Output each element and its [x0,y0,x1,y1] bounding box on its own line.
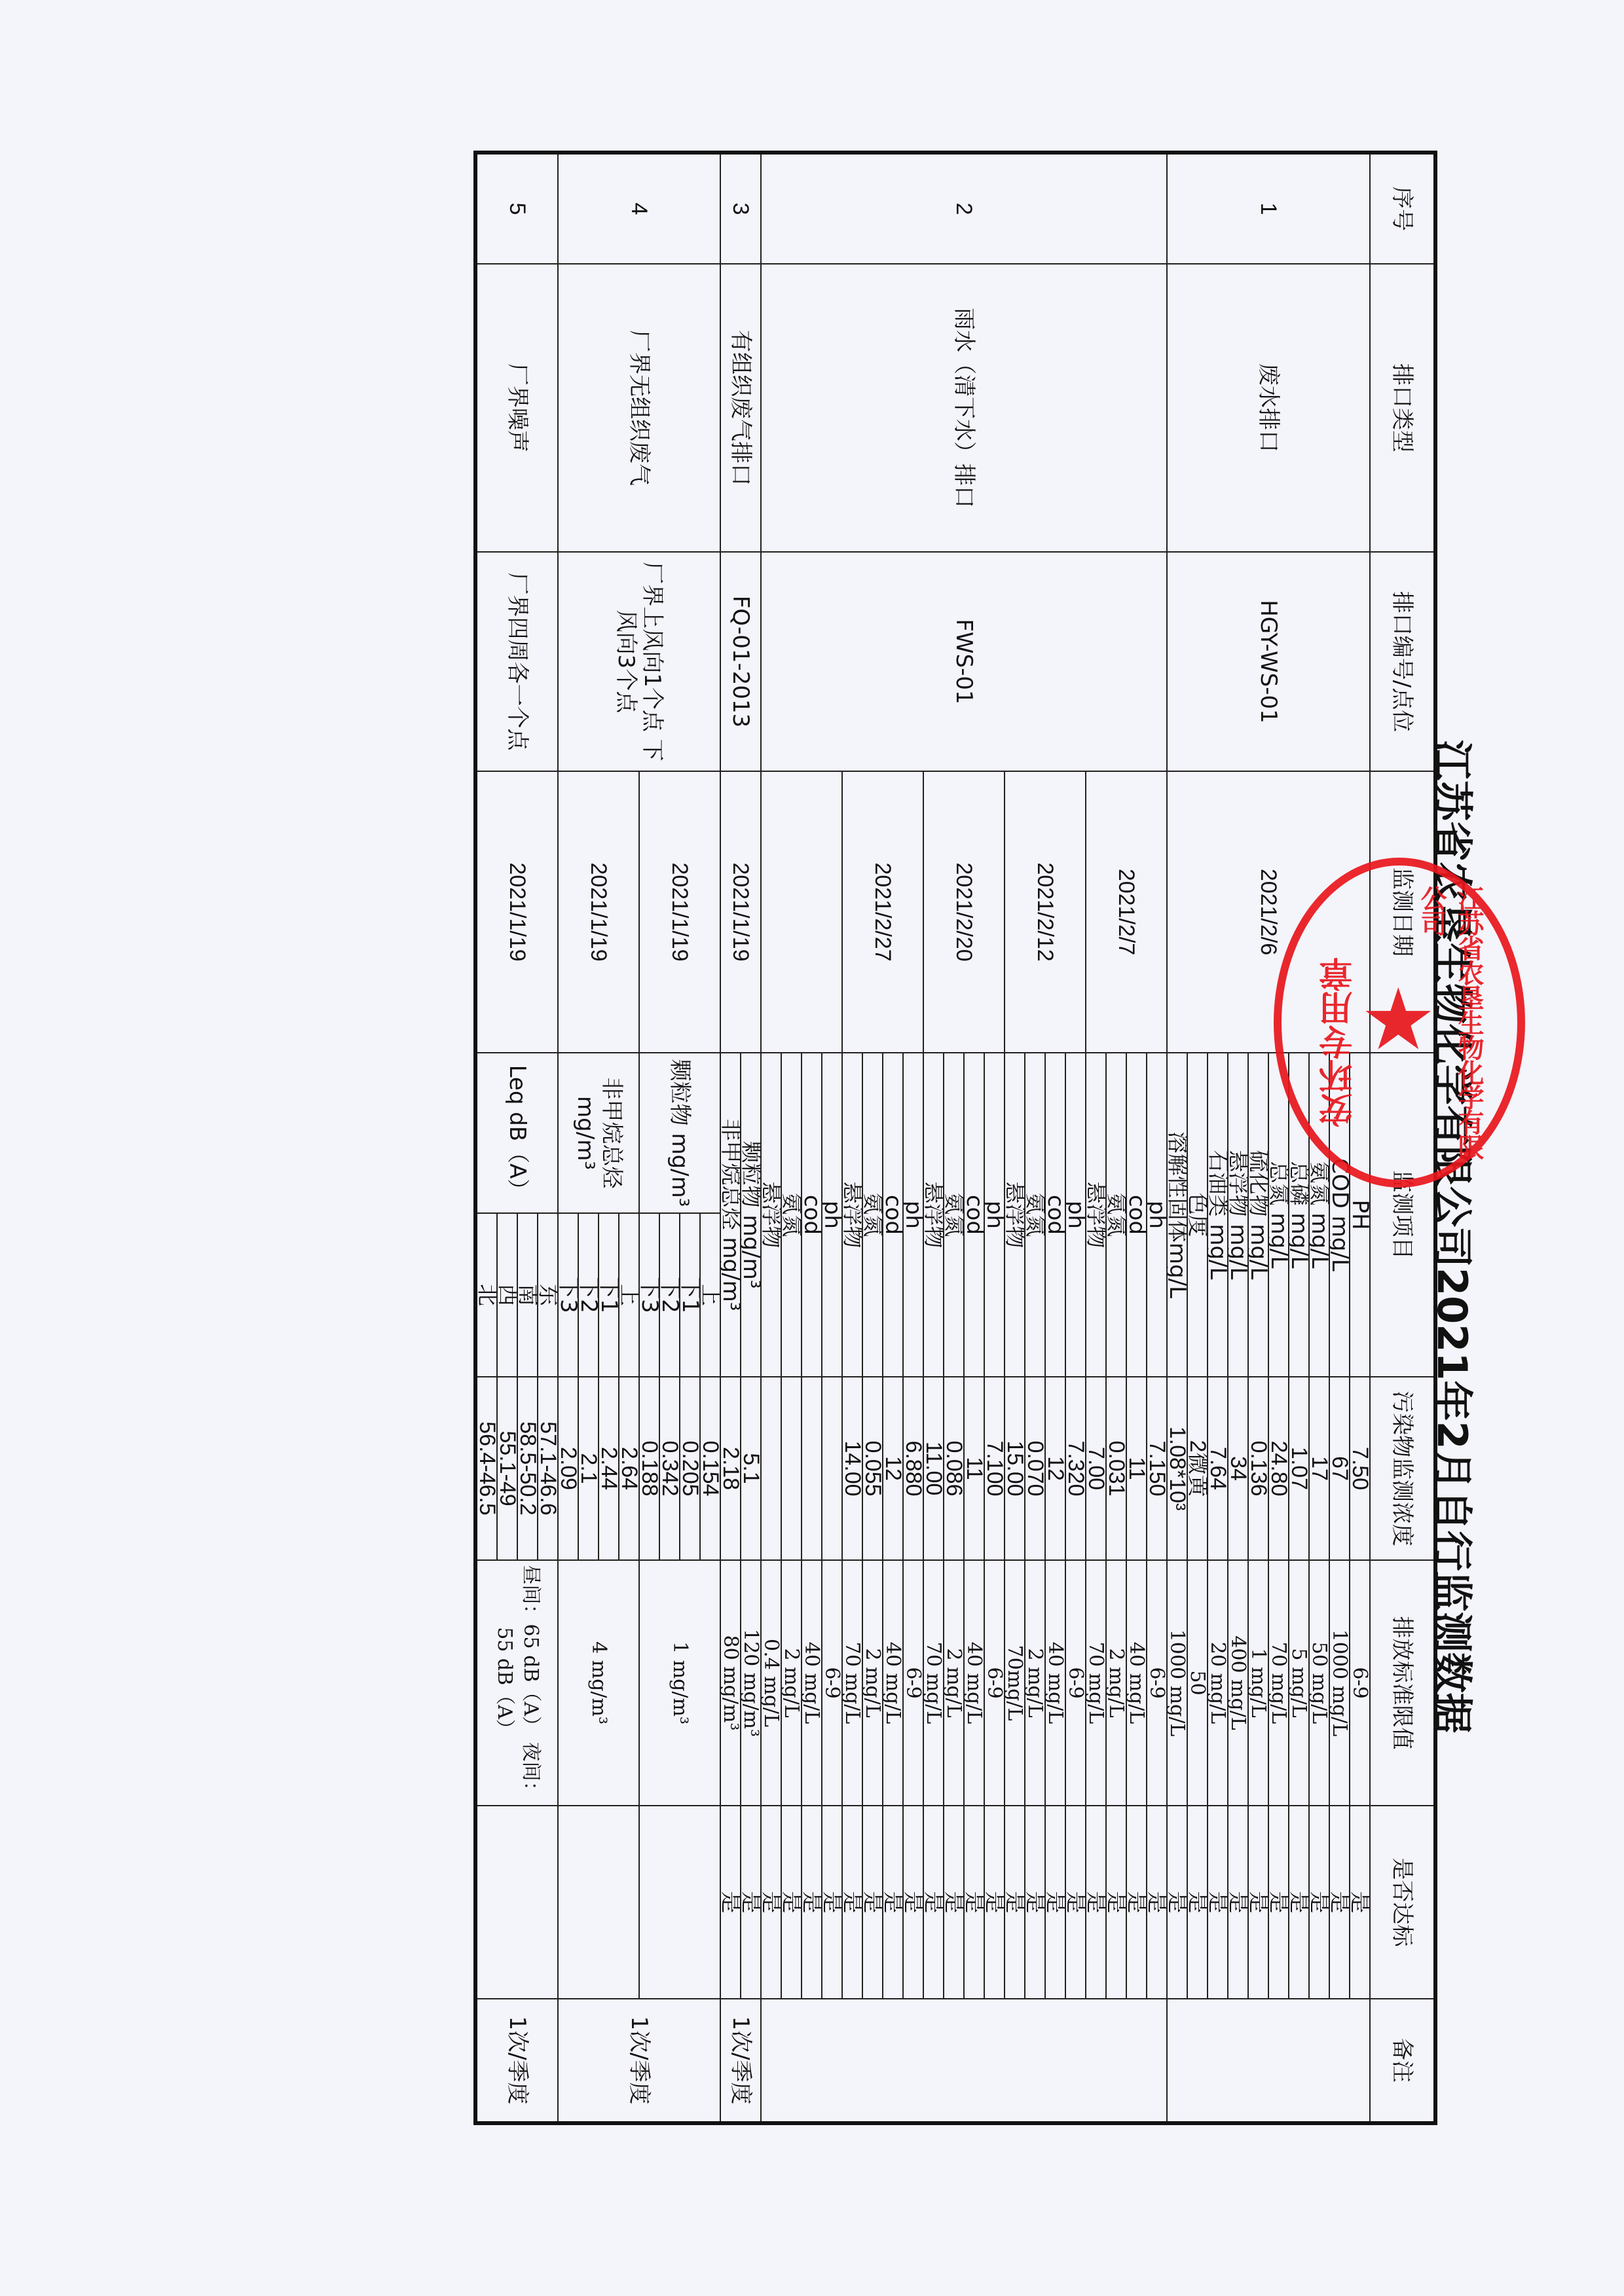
item-cell: 非甲烷总烃 mg/m³ [720,1053,741,1377]
value-cell: 56.4-46.5 [475,1377,497,1560]
pass-cell: 是 [984,1806,1005,1999]
limit-cell: 1000 mg/L [1329,1560,1350,1806]
table-row: 5厂界噪声厂界四周各一个点2021/1/19Leq dB（A）东57.1-46.… [538,153,558,2123]
pass-cell: 是 [1106,1806,1126,1999]
value-cell [822,1377,842,1560]
header-row: 序号 排口类型 排口编号/点位 监测日期 监测项目 污染物监测浓度 排放标准限值… [1370,153,1435,2123]
item-cell: PH [1350,1053,1370,1377]
table-row: 1废水排口HGY-WS-012021/2/6PH7.506-9是 [1350,153,1370,2123]
limit-cell: 1000 mg/L [1167,1560,1187,1806]
item-cell: 颗粒物 mg/m³ [741,1053,761,1377]
seq-cell: 3 [720,153,761,264]
pass-cell [558,1806,639,1999]
limit-cell: 40 mg/L [1126,1560,1147,1806]
value-cell: 0.154 [700,1377,720,1560]
value-cell: 67 [1329,1377,1350,1560]
limit-cell: 昼间：65 dB（A） 夜间：55 dB（A） [475,1560,558,1806]
pass-cell: 是 [802,1806,822,1999]
limit-cell: 40 mg/L [964,1560,984,1806]
pass-cell: 是 [1025,1806,1045,1999]
item-cell: cod [964,1053,984,1377]
value-cell: 7.320 [1065,1377,1086,1560]
item-cell: 非甲烷总烃 mg/m³ [558,1053,639,1213]
limit-cell: 50 mg/L [1309,1560,1329,1806]
item-cell: COD mg/L [1329,1053,1350,1377]
remark-cell: 1次/季度 [558,1999,720,2123]
limit-cell: 0.4 mg/L [761,1560,781,1806]
pass-cell: 是 [1045,1806,1065,1999]
table-row: 2雨水（清下水）排口FWS-012021/2/7ph7.1506-9是 [1147,153,1167,2123]
value-cell: 7.100 [984,1377,1005,1560]
seq-cell: 5 [475,153,558,264]
outlet-code-cell: 厂界上风向1个点 下风向3个点 [558,552,720,771]
point-cell: 下1 [599,1213,619,1377]
value-cell [802,1377,822,1560]
item-cell: 悬浮物 [923,1053,944,1377]
seq-cell: 2 [761,153,1167,264]
pass-cell: 是 [923,1806,944,1999]
table-body: 1废水排口HGY-WS-012021/2/6PH7.506-9是COD mg/L… [475,153,1370,2123]
pass-cell: 是 [862,1806,883,1999]
date-cell: 2021/1/19 [639,771,720,1053]
item-cell: 悬浮物 [761,1053,781,1377]
limit-cell: 1 mg/m³ [639,1560,720,1806]
item-cell: 悬浮物 mg/L [1228,1053,1248,1377]
point-cell: 西 [497,1213,517,1377]
header-seq: 序号 [1370,153,1435,264]
pass-cell: 是 [1126,1806,1147,1999]
outlet-code-cell: HGY-WS-01 [1167,552,1370,771]
date-cell: 2021/2/7 [1086,771,1167,1053]
pass-cell: 是 [903,1806,923,1999]
limit-cell: 6-9 [1147,1560,1167,1806]
item-cell: 氨氮 [1106,1053,1126,1377]
seq-cell: 4 [558,153,720,264]
limit-cell: 4 mg/m³ [558,1560,639,1806]
item-cell: 氨氮 [1025,1053,1045,1377]
pass-cell: 是 [761,1806,781,1999]
value-cell: 14.00 [842,1377,862,1560]
limit-cell: 2 mg/L [944,1560,964,1806]
header-outlet-type: 排口类型 [1370,264,1435,552]
value-cell: 2.09 [558,1377,578,1560]
pass-cell: 是 [781,1806,802,1999]
limit-cell: 2 mg/L [781,1560,802,1806]
pass-cell: 是 [1350,1806,1370,1999]
remark-cell: 1次/季度 [720,1999,761,2123]
outlet-type-cell: 废水排口 [1167,264,1370,552]
value-cell: 7.150 [1147,1377,1167,1560]
date-cell: 2021/2/27 [842,771,923,1053]
point-cell: 下3 [558,1213,578,1377]
item-cell: cod [802,1053,822,1377]
item-cell: cod [1045,1053,1065,1377]
limit-cell: 40 mg/L [883,1560,903,1806]
limit-cell: 2 mg/L [1025,1560,1045,1806]
value-cell: 0.188 [639,1377,659,1560]
value-cell: 1.08*10³ [1167,1377,1187,1560]
item-cell: Leq dB（A） [475,1053,558,1213]
point-cell: 下1 [680,1213,700,1377]
header-item: 监测项目 [1370,1053,1435,1377]
header-value: 污染物监测浓度 [1370,1377,1435,1560]
header-date: 监测日期 [1370,771,1435,1053]
value-cell: 12 [1045,1377,1065,1560]
header-limit: 排放标准限值 [1370,1560,1435,1806]
item-cell: 悬浮物 [842,1053,862,1377]
value-cell: 0.055 [862,1377,883,1560]
outlet-code-cell: FQ-01-2013 [720,552,761,771]
value-cell: 34 [1228,1377,1248,1560]
limit-cell: 70 mg/L [1086,1560,1106,1806]
value-cell: 11.00 [923,1377,944,1560]
value-cell: 7.00 [1086,1377,1106,1560]
pass-cell: 是 [842,1806,862,1999]
item-cell: 悬浮物 [1086,1053,1106,1377]
value-cell: 2.64 [619,1377,639,1560]
pass-cell: 是 [1167,1806,1187,1999]
header-pass: 是否达标 [1370,1806,1435,1999]
value-cell: 0.086 [944,1377,964,1560]
item-cell: 颗粒物 mg/m³ [639,1053,720,1213]
value-cell: 2.18 [720,1377,741,1560]
pass-cell: 是 [720,1806,741,1999]
value-cell: 2微黄 [1187,1377,1208,1560]
value-cell: 55.1-49 [497,1377,517,1560]
header-remark: 备注 [1370,1999,1435,2123]
value-cell: 15.00 [1005,1377,1025,1560]
pass-cell: 是 [741,1806,761,1999]
limit-cell: 40 mg/L [1045,1560,1065,1806]
pass-cell: 是 [1268,1806,1289,1999]
pass-cell: 是 [944,1806,964,1999]
item-cell: 总磷 mg/L [1289,1053,1309,1377]
value-cell: 2.44 [599,1377,619,1560]
value-cell: 5.1 [741,1377,761,1560]
item-cell: 石油类 mg/L [1208,1053,1228,1377]
pass-cell: 是 [1208,1806,1228,1999]
value-cell: 24.80 [1268,1377,1289,1560]
remark-cell [1167,1999,1370,2123]
limit-cell: 2 mg/L [1106,1560,1126,1806]
item-cell: 氨氮 mg/L [1309,1053,1329,1377]
limit-cell: 6-9 [822,1560,842,1806]
pass-cell: 是 [822,1806,842,1999]
limit-cell: 20 mg/L [1208,1560,1228,1806]
pass-cell: 是 [1329,1806,1350,1999]
pass-cell: 是 [1147,1806,1167,1999]
date-cell: 2021/2/6 [1167,771,1370,1053]
item-cell: 氨氮 [781,1053,802,1377]
limit-cell: 6-9 [984,1560,1005,1806]
point-cell: 下3 [639,1213,659,1377]
value-cell: 11 [964,1377,984,1560]
item-cell: ph [1147,1053,1167,1377]
item-cell: 悬浮物 [1005,1053,1025,1377]
outlet-code-cell: FWS-01 [761,552,1167,771]
value-cell: 17 [1309,1377,1329,1560]
value-cell: 7.64 [1208,1377,1228,1560]
date-cell: 2021/1/19 [558,771,639,1053]
pass-cell [475,1806,558,1999]
rotated-page: 序号 排口类型 排口编号/点位 监测日期 监测项目 污染物监测浓度 排放标准限值… [95,151,1437,2121]
limit-cell: 400 mg/L [1228,1560,1248,1806]
item-cell: 氨氮 [862,1053,883,1377]
value-cell [781,1377,802,1560]
pass-cell: 是 [883,1806,903,1999]
seq-cell: 1 [1167,153,1370,264]
table-row: 3有组织废气排口FQ-01-20132021/1/19颗粒物 mg/m³5.11… [741,153,761,2123]
limit-cell: 1 mg/L [1248,1560,1268,1806]
outlet-type-cell: 有组织废气排口 [720,264,761,552]
pass-cell: 是 [1248,1806,1268,1999]
table-row: 4厂界无组织废气厂界上风向1个点 下风向3个点2021/1/19颗粒物 mg/m… [700,153,720,2123]
limit-cell: 120 mg/m³ [741,1560,761,1806]
value-cell: 11 [1126,1377,1147,1560]
limit-cell: 80 mg/m³ [720,1560,741,1806]
item-cell: ph [984,1053,1005,1377]
item-cell: cod [883,1053,903,1377]
value-cell: 7.50 [1350,1377,1370,1560]
point-cell: 上 [619,1213,639,1377]
item-cell: 硫化物 mg/L [1248,1053,1268,1377]
point-cell: 东 [538,1213,558,1377]
point-cell: 下2 [659,1213,680,1377]
item-cell: ph [1065,1053,1086,1377]
value-cell: 0.136 [1248,1377,1268,1560]
pass-cell: 是 [1289,1806,1309,1999]
value-cell [761,1377,781,1560]
value-cell: 0.031 [1106,1377,1126,1560]
remark-cell: 1次/季度 [475,1999,558,2123]
limit-cell: 6-9 [1065,1560,1086,1806]
value-cell: 12 [883,1377,903,1560]
limit-cell: 70 mg/L [1268,1560,1289,1806]
point-cell: 南 [517,1213,538,1377]
limit-cell: 40 mg/L [802,1560,822,1806]
pass-cell [639,1806,720,1999]
date-cell: 2021/2/20 [923,771,1005,1053]
point-cell: 北 [475,1213,497,1377]
outlet-code-cell: 厂界四周各一个点 [475,552,558,771]
limit-cell: 70 mg/L [842,1560,862,1806]
limit-cell: 6-9 [903,1560,923,1806]
header-outlet-code: 排口编号/点位 [1370,552,1435,771]
value-cell: 0.205 [680,1377,700,1560]
date-cell: 2021/2/12 [1005,771,1086,1053]
pass-cell: 是 [1086,1806,1106,1999]
value-cell: 2.1 [578,1377,599,1560]
item-cell: cod [1126,1053,1147,1377]
pass-cell: 是 [1309,1806,1329,1999]
outlet-type-cell: 厂界噪声 [475,264,558,552]
outlet-type-cell: 厂界无组织废气 [558,264,720,552]
date-cell: 2021/1/19 [475,771,558,1053]
value-cell: 1.07 [1289,1377,1309,1560]
remark-cell [761,1999,1167,2123]
value-cell: 0.070 [1025,1377,1045,1560]
monitoring-table: 序号 排口类型 排口编号/点位 监测日期 监测项目 污染物监测浓度 排放标准限值… [473,151,1437,2125]
pass-cell: 是 [1187,1806,1208,1999]
item-cell: 总氮 mg/L [1268,1053,1289,1377]
pass-cell: 是 [964,1806,984,1999]
limit-cell: 70mg/L [1005,1560,1025,1806]
date-cell [761,771,842,1053]
outlet-type-cell: 雨水（清下水）排口 [761,264,1167,552]
point-cell: 上 [700,1213,720,1377]
limit-cell: 50 [1187,1560,1208,1806]
point-cell: 下2 [578,1213,599,1377]
value-cell: 0.342 [659,1377,680,1560]
item-cell: 氨氮 [944,1053,964,1377]
limit-cell: 6-9 [1350,1560,1370,1806]
item-cell: ph [822,1053,842,1377]
item-cell: ph [903,1053,923,1377]
value-cell: 57.1-46.6 [538,1377,558,1560]
date-cell: 2021/1/19 [720,771,761,1053]
pass-cell: 是 [1228,1806,1248,1999]
limit-cell: 2 mg/L [862,1560,883,1806]
pass-cell: 是 [1065,1806,1086,1999]
value-cell: 6.880 [903,1377,923,1560]
limit-cell: 70 mg/L [923,1560,944,1806]
limit-cell: 5 mg/L [1289,1560,1309,1806]
value-cell: 58.5-50.2 [517,1377,538,1560]
item-cell: 溶解性固体mg/L [1167,1053,1187,1377]
item-cell: 色度 [1187,1053,1208,1377]
pass-cell: 是 [1005,1806,1025,1999]
